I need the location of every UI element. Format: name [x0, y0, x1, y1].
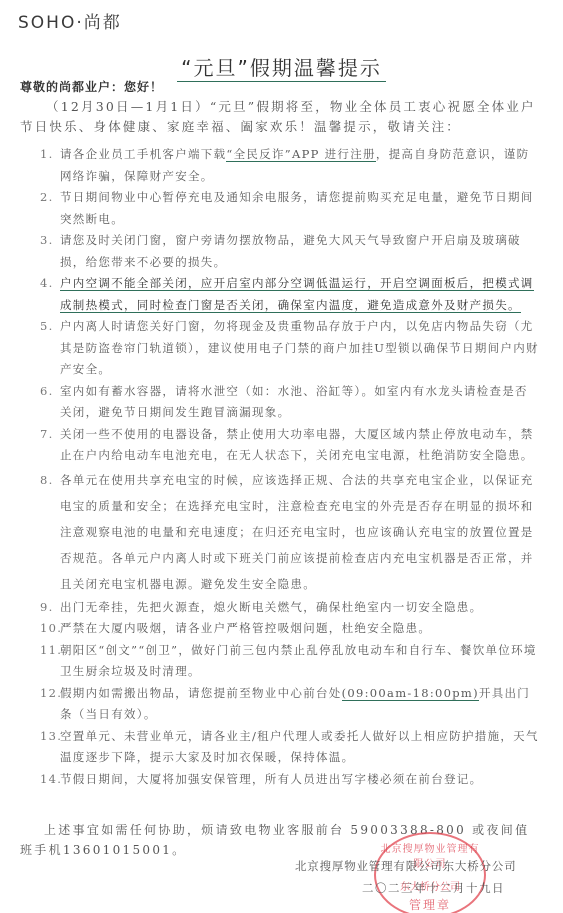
list-item: 6. 室内如有蓄水容器，请将水泄空（如：水池、浴缸等）。如室内有水龙头请检查是否… [40, 381, 540, 424]
list-item: 5. 户内离人时请您关好门窗，勿将现金及贵重物品存放于户内，以免店内物品失窃（尤… [40, 316, 540, 381]
list-item-highlighted: 4. 户内空调不能全部关闭，应开启室内部分空调低温运行，开启空调面板后，把模式调… [40, 273, 540, 316]
list-item: 8. 各单元在使用共享充电宝的时候，应该选择正规、合法的共享充电宝企业，以保证充… [40, 467, 540, 597]
title-text: “元旦”假期温馨提示 [177, 56, 386, 82]
intro-paragraph: （12月30日—1月1日）“元旦”假期将至，物业全体员工衷心祝愿全体业户节日快乐… [20, 97, 540, 137]
list-item: 12. 假期内如需搬出物品，请您提前至物业中心前台处(09:00am-18:00… [40, 683, 540, 726]
signature-organization: 北京搜厚物业管理有限公司东大桥分公司 [295, 858, 516, 874]
list-item: 13. 空置单元、未营业单元，请各业主/租户代理人或委托人做好以上相应防护措施，… [40, 726, 540, 769]
list-item: 3. 请您及时关闭门窗，窗户旁请勿摆放物品，避免大风天气导致窗户开启扇及玻璃破损… [40, 230, 540, 273]
document-title: “元旦”假期温馨提示 [0, 52, 563, 81]
signature-date: 二〇二三年十二月十九日 [362, 880, 505, 896]
soho-logo: SOHO·尚都 [18, 8, 122, 33]
anti-fraud-app-link: “全民反诈”APP 进行注册 [226, 147, 375, 162]
list-item: 7. 关闭一些不使用的电器设备，禁止使用大功率电器，大厦区域内禁止停放电动车，禁… [40, 424, 540, 467]
list-item: 1. 请各企业员工手机客户端下载“全民反诈”APP 进行注册，提高自身防范意识，… [40, 144, 540, 187]
list-item: 2. 节日期间物业中心暂停充电及通知余电服务，请您提前购买充足电量，避免节日期间… [40, 187, 540, 230]
list-item: 11. 朝阳区“创文”“创卫”，做好门前三包内禁止乱停乱放电动车和自行车、餐饮单… [40, 640, 540, 683]
notice-list: 1. 请各企业员工手机客户端下载“全民反诈”APP 进行注册，提高自身防范意识，… [40, 144, 540, 790]
list-item: 14. 节假日期间，大厦将加强安保管理，所有人员进出写字楼必须在前台登记。 [40, 769, 540, 791]
list-item: 9. 出门无牵挂，先把火源查，熄火断电关燃气，确保杜绝室内一切安全隐患。 [40, 597, 540, 619]
list-item: 10. 严禁在大厦内吸烟，请各业户严格管控吸烟问题，杜绝安全隐患。 [40, 618, 540, 640]
office-hours: (09:00am-18:00pm) [342, 686, 479, 701]
greeting: 尊敬的尚都业户：您好！ [20, 78, 163, 95]
